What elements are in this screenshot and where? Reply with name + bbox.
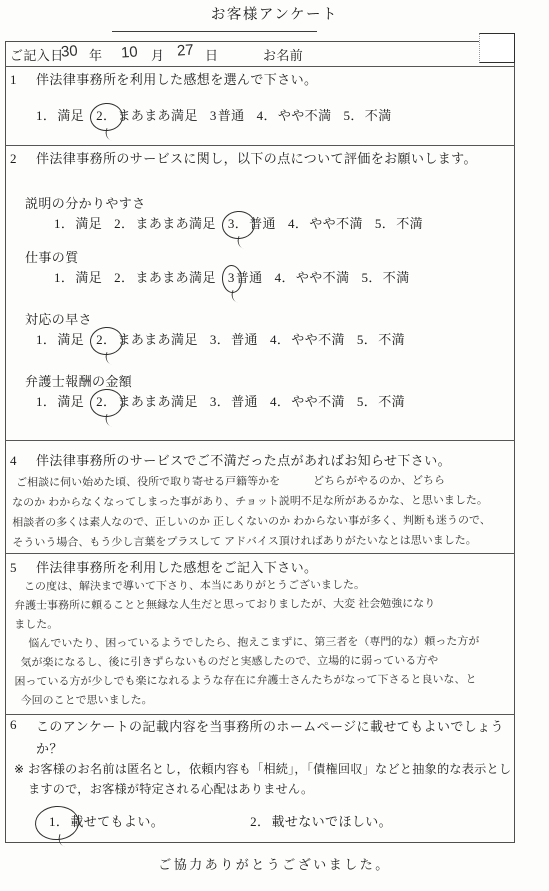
- option: 1．満足: [35, 331, 84, 349]
- option-label: 不満: [378, 394, 405, 409]
- handwritten-line: ご相談に伺い始めた頃、役所で取り寄せる戸籍等かを どちらがやるのか、どちら: [12, 470, 512, 493]
- option: 5．不満: [356, 331, 405, 349]
- option-label: 不満: [365, 108, 392, 123]
- option-label: まあまあ満足: [117, 394, 197, 409]
- question-6-options: 1．載せてもよい。 2．載せないでほしい。: [48, 813, 392, 831]
- question-text: 伴法律事務所を利用した感想をご記入下さい。: [36, 559, 317, 577]
- option-label: まあまあ満足: [135, 216, 215, 231]
- option-number: 5．: [356, 393, 378, 411]
- option-number: 1．: [35, 331, 57, 349]
- handwritten-line: 悩んでいたり、困っているようでしたら、抱えこまずに、第三者を（専門的な）頼った方…: [14, 632, 512, 654]
- option: 3．普通: [209, 331, 258, 349]
- option: 4．やや不満: [269, 331, 345, 349]
- option-number: 4．: [256, 107, 278, 125]
- page-title: お客様アンケート: [0, 6, 549, 24]
- question-text: 伴法律事務所のサービスでご不満だった点があればお知らせ下さい。: [36, 452, 451, 470]
- option: 5．不満: [356, 393, 405, 411]
- question-5: 5 伴法律事務所を利用した感想をご記入下さい。: [10, 559, 317, 577]
- option: 2．まあまあ満足: [113, 215, 216, 233]
- option-label: やや不満: [291, 394, 345, 409]
- option-label: 普通: [231, 332, 258, 347]
- option: 3．普通: [209, 393, 258, 411]
- option-number: 3: [209, 107, 218, 125]
- option: 4．やや不満: [287, 215, 363, 233]
- option-number: 1．: [48, 813, 70, 831]
- option-number: 4．: [269, 393, 291, 411]
- note-text: お客様のお名前は匿名とし，依頼内容も「相続」，「債権回収」などと抽象的な表示とし…: [28, 759, 512, 799]
- handwritten-line: そういう場合、もう少し言葉をプラスして アドバイス頂ければありがたいなとは思いま…: [12, 530, 512, 553]
- subquestion-options: 1．満足 2．まあまあ満足 3．普通 4．やや不満 5．不満: [53, 215, 423, 233]
- option-label: やや不満: [296, 270, 350, 285]
- subquestion-label: 説明の分かりやすさ: [25, 195, 146, 213]
- subquestion-label: 対応の早さ: [25, 311, 92, 329]
- row-divider: [5, 714, 515, 715]
- option-number: 2．: [95, 107, 117, 125]
- date-month-value: 10: [120, 43, 138, 61]
- option-label: 載せてもよい。: [70, 814, 164, 829]
- option: 4．やや不満: [274, 269, 350, 287]
- option-label: 満足: [57, 394, 84, 409]
- option: 2．載せないでほしい。: [249, 813, 392, 831]
- option-label: 普通: [218, 108, 245, 123]
- option-number: 5．: [374, 215, 396, 233]
- option-label: やや不満: [291, 332, 345, 347]
- option-number: 1．: [53, 215, 75, 233]
- option-label: 満足: [75, 216, 102, 231]
- handwritten-line: なのか わからなくなってしまった事があり、チョット説明不足な所があるかな、と思い…: [12, 490, 512, 513]
- option-number: 1．: [35, 107, 57, 125]
- handwritten-line: 弁護士事務所に頼ることと無縁な人生だと思っておりましたが、大変 社会勉強になり: [14, 594, 512, 616]
- subquestion-options: 1．満足 2．まあまあ満足 3．普通 4．やや不満 5．不満: [35, 331, 405, 349]
- option-number: 2．: [95, 393, 117, 411]
- row-divider: [5, 145, 515, 146]
- question-1-options: 1．満足 2．まあまあ満足 3普通 4．やや不満 5．不満: [35, 107, 392, 125]
- option: 5．不満: [374, 215, 423, 233]
- handwritten-line: 困っている方が少しでも楽になれるような存在に弁護士さんたちがなって下さると良いな…: [14, 670, 512, 692]
- option-label: 満足: [57, 332, 84, 347]
- option: 1．満足: [35, 107, 84, 125]
- option-number: 2．: [113, 269, 135, 287]
- option-number: 2．: [113, 215, 135, 233]
- subquestion-options: 1．満足 2．まあまあ満足 3普通 4．やや不満 5．不満: [53, 269, 410, 287]
- option-number: 5．: [356, 331, 378, 349]
- option: 3．普通: [227, 215, 276, 233]
- question-number: 6: [10, 716, 36, 760]
- option-number: 5．: [342, 107, 364, 125]
- closing-message: ご協力ありがとうございました。: [0, 856, 549, 874]
- option: 3普通: [227, 269, 263, 287]
- name-label: お名前: [263, 47, 303, 65]
- subquestion-label: 弁護士報酬の金額: [25, 373, 132, 391]
- option-label: まあまあ満足: [117, 108, 197, 123]
- day-suffix-label: 日: [205, 47, 218, 65]
- option-label: 不満: [396, 216, 423, 231]
- handwritten-line: 今回のことで思いました。: [15, 689, 513, 711]
- option: 4．やや不満: [256, 107, 332, 125]
- option: 2．まあまあ満足: [95, 393, 198, 411]
- question-1: 1 伴法律事務所を利用した感想を選んで下さい。: [10, 71, 317, 89]
- option-number: 3．: [209, 393, 231, 411]
- title-underline: [112, 31, 317, 32]
- name-redaction-box: [479, 33, 515, 63]
- subquestion-options: 1．満足 2．まあまあ満足 3．普通 4．やや不満 5．不満: [35, 393, 405, 411]
- option-label: やや不満: [309, 216, 363, 231]
- option-number: 1．: [53, 269, 75, 287]
- survey-sheet: お客様アンケート ご記入日 30 年 10 月 27 日 お名前 1 伴法律事務…: [0, 0, 549, 891]
- option: 2．まあまあ満足: [113, 269, 216, 287]
- year-suffix-label: 年: [89, 47, 102, 65]
- option: 1．載せてもよい。: [48, 813, 164, 831]
- question-text: 伴法律事務所を利用した感想を選んで下さい。: [36, 71, 317, 89]
- option: 2．まあまあ満足: [95, 107, 198, 125]
- option-number: 5．: [360, 269, 382, 287]
- option: 1．満足: [53, 269, 102, 287]
- question-number: 5: [10, 559, 36, 577]
- question-2: 2 伴法律事務所のサービスに関し，以下の点について評価をお願いします。: [10, 150, 477, 168]
- option: 3普通: [209, 107, 245, 125]
- handwritten-line: 気が楽になるし、後に引きずらないものだと実感したので、立場的に弱っている方や: [14, 651, 512, 673]
- option-number: 1．: [35, 393, 57, 411]
- option-number: 4．: [287, 215, 309, 233]
- date-label: ご記入日: [10, 47, 64, 65]
- question-6: 6 このアンケートの記載内容を当事務所のホームページに載せてもよいでしょうか？: [10, 716, 506, 760]
- question-number: 1: [10, 71, 36, 89]
- question-4: 4 伴法律事務所のサービスでご不満だった点があればお知らせ下さい。: [10, 452, 451, 470]
- handwritten-line: ました。: [14, 613, 512, 635]
- option: 5．不満: [360, 269, 409, 287]
- question-text: 伴法律事務所のサービスに関し，以下の点について評価をお願いします。: [36, 150, 477, 168]
- option: 2．まあまあ満足: [95, 331, 198, 349]
- option-label: 載せないでほしい。: [271, 814, 392, 829]
- option: 4．やや不満: [269, 393, 345, 411]
- question-6-note: ※ お客様のお名前は匿名とし，依頼内容も「相続」，「債権回収」などと抽象的な表示…: [14, 759, 512, 799]
- question-number: 4: [10, 452, 36, 470]
- option-number: 3．: [227, 215, 249, 233]
- option-label: 満足: [75, 270, 102, 285]
- option: 1．満足: [53, 215, 102, 233]
- question-5-handwritten-answer: この度は、解決まで導いて下さり、本当にありがとうございました。 弁護士事務所に頼…: [14, 575, 513, 711]
- option-number: 4．: [269, 331, 291, 349]
- note-marker: ※: [14, 759, 28, 799]
- row-divider: [5, 66, 515, 67]
- month-suffix-label: 月: [151, 47, 164, 65]
- handwritten-line: 相談者の多くは素人なので、正しいのか 正しくないのか わからない事が多く、判断も…: [12, 510, 512, 533]
- question-text: このアンケートの記載内容を当事務所のホームページに載せてもよいでしょうか？: [36, 716, 506, 760]
- handwritten-line: この度は、解決まで導いて下さり、本当にありがとうございました。: [14, 575, 512, 597]
- option-number: 3: [227, 269, 236, 287]
- subquestion-label: 仕事の質: [25, 249, 79, 267]
- question-4-handwritten-answer: ご相談に伺い始めた頃、役所で取り寄せる戸籍等かを どちらがやるのか、どちら なの…: [12, 470, 512, 553]
- option-number: 2．: [249, 813, 271, 831]
- option-number: 2．: [95, 331, 117, 349]
- question-number: 2: [10, 150, 36, 168]
- row-divider: [5, 440, 515, 441]
- option-label: まあまあ満足: [117, 332, 197, 347]
- option-label: やや不満: [278, 108, 332, 123]
- option-label: 普通: [231, 394, 258, 409]
- option-label: 不満: [378, 332, 405, 347]
- date-day-value: 27: [176, 41, 194, 59]
- row-divider: [5, 553, 515, 554]
- option-number: 3．: [209, 331, 231, 349]
- option-label: 満足: [57, 108, 84, 123]
- option-number: 4．: [274, 269, 296, 287]
- option-label: まあまあ満足: [135, 270, 215, 285]
- option: 1．満足: [35, 393, 84, 411]
- option-label: 不満: [383, 270, 410, 285]
- option: 5．不満: [342, 107, 391, 125]
- date-year-value: 30: [60, 42, 78, 60]
